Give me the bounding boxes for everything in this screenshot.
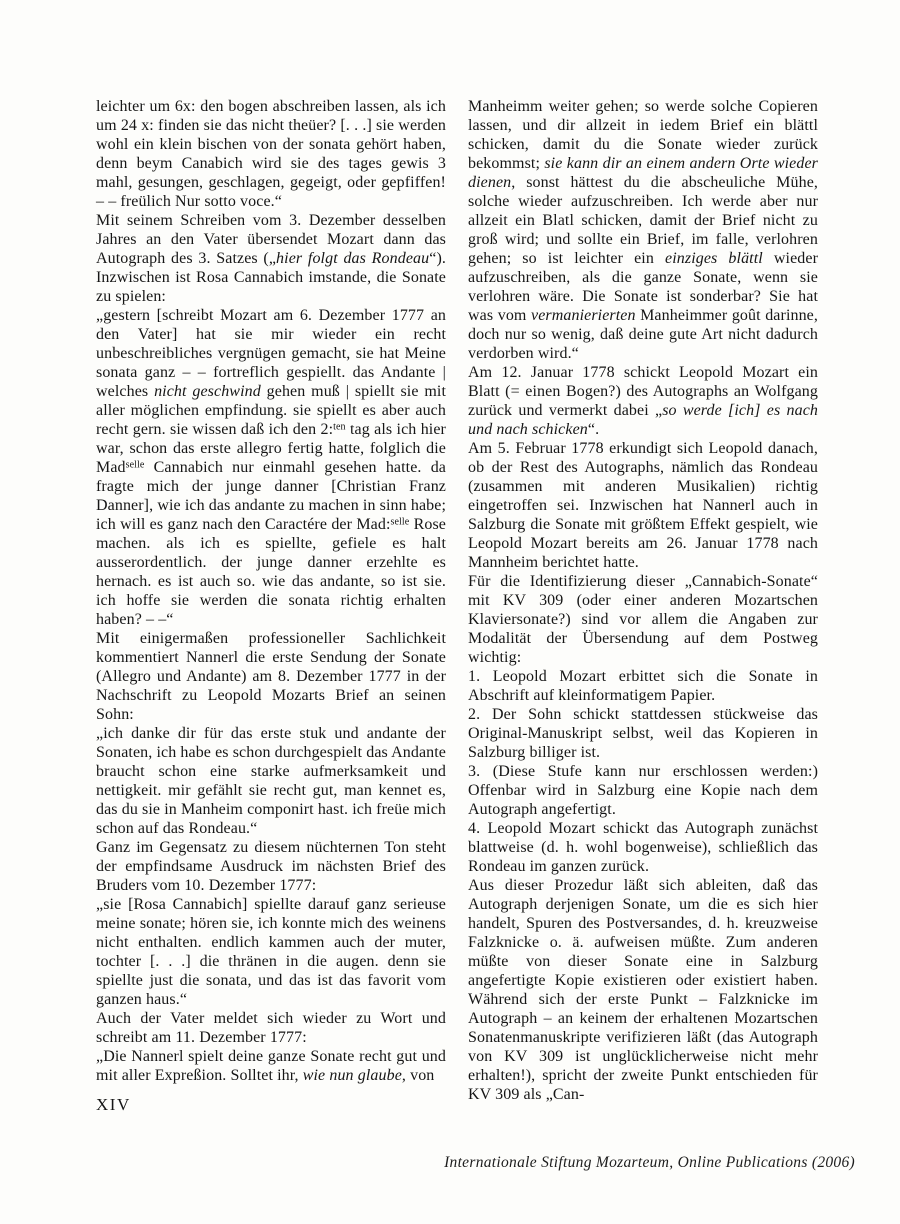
paragraph: Ganz im Gegensatz zu diesem nüchternen T… <box>96 838 446 895</box>
right-column: Manheimm weiter gehen; so werde solche C… <box>468 97 818 1104</box>
paragraph: 2. Der Sohn schickt stattdessen stückwei… <box>468 705 818 762</box>
text-run: Für die Identifizierung dieser „Cannabic… <box>468 573 818 666</box>
paragraph: Mit seinem Schreiben vom 3. Dezember des… <box>96 211 446 306</box>
italic-run: wie nun glaube <box>303 1067 402 1084</box>
paragraph: Am 5. Februar 1778 erkundigt sich Leopol… <box>468 439 818 572</box>
text-run: 4. Leopold Mozart schickt das Autograph … <box>468 820 818 875</box>
text-run: Aus dieser Prozedur läßt sich ableiten, … <box>468 877 818 1103</box>
left-column: leichter um 6x: den bogen abschreiben la… <box>96 97 446 1104</box>
paragraph: Mit einigermaßen professioneller Sachlic… <box>96 629 446 724</box>
paragraph: 1. Leopold Mozart erbittet sich die Sona… <box>468 667 818 705</box>
paragraph: 3. (Diese Stufe kann nur erschlossen wer… <box>468 762 818 819</box>
text-run: “. <box>588 421 599 438</box>
paragraph: leichter um 6x: den bogen abschreiben la… <box>96 97 446 211</box>
italic-run: hier folgt das Rondeau <box>276 250 429 267</box>
italic-run: vermanierierten <box>531 307 636 324</box>
document-page: leichter um 6x: den bogen abschreiben la… <box>0 0 900 1224</box>
text-run: Am 5. Februar 1778 erkundigt sich Leopol… <box>468 440 818 571</box>
footer-credit: Internationale Stiftung Mozarteum, Onlin… <box>444 1154 855 1172</box>
text-run: 1. Leopold Mozart erbittet sich die Sona… <box>468 668 818 704</box>
paragraph: „sie [Rosa Cannabich] spiellte darauf ga… <box>96 895 446 1009</box>
superscript: selle <box>126 460 145 471</box>
paragraph: 4. Leopold Mozart schickt das Autograph … <box>468 819 818 876</box>
text-run: „sie [Rosa Cannabich] spiellte darauf ga… <box>96 896 446 1008</box>
paragraph: „ich danke dir für das erste stuk und an… <box>96 724 446 838</box>
text-columns: leichter um 6x: den bogen abschreiben la… <box>96 97 818 1104</box>
paragraph: Für die Identifizierung dieser „Cannabic… <box>468 572 818 667</box>
paragraph: Aus dieser Prozedur läßt sich ableiten, … <box>468 876 818 1104</box>
paragraph: Am 12. Januar 1778 schickt Leopold Mozar… <box>468 363 818 439</box>
text-run: leichter um 6x: den bogen abschreiben la… <box>96 98 446 210</box>
paragraph: Auch der Vater meldet sich wieder zu Wor… <box>96 1009 446 1047</box>
text-run: 2. Der Sohn schickt stattdessen stückwei… <box>468 706 818 761</box>
paragraph: „gestern [schreibt Mozart am 6. Dezember… <box>96 306 446 629</box>
superscript: ten <box>333 422 346 433</box>
italic-run: einziges blättl <box>665 250 763 267</box>
text-run: „ich danke dir für das erste stuk und an… <box>96 725 446 837</box>
text-run: Auch der Vater meldet sich wieder zu Wor… <box>96 1010 446 1046</box>
text-run: Mit einigermaßen professioneller Sachlic… <box>96 630 446 723</box>
page-number: XIV <box>96 1095 131 1115</box>
paragraph: „Die Nannerl spielt deine ganze Sonate r… <box>96 1047 446 1085</box>
paragraph: Manheimm weiter gehen; so werde solche C… <box>468 97 818 363</box>
superscript: selle <box>391 517 410 528</box>
text-run: 3. (Diese Stufe kann nur erschlossen wer… <box>468 763 818 818</box>
text-run: , von <box>402 1067 435 1084</box>
text-run: Ganz im Gegensatz zu diesem nüchternen T… <box>96 839 446 894</box>
italic-run: nicht geschwind <box>154 383 261 400</box>
